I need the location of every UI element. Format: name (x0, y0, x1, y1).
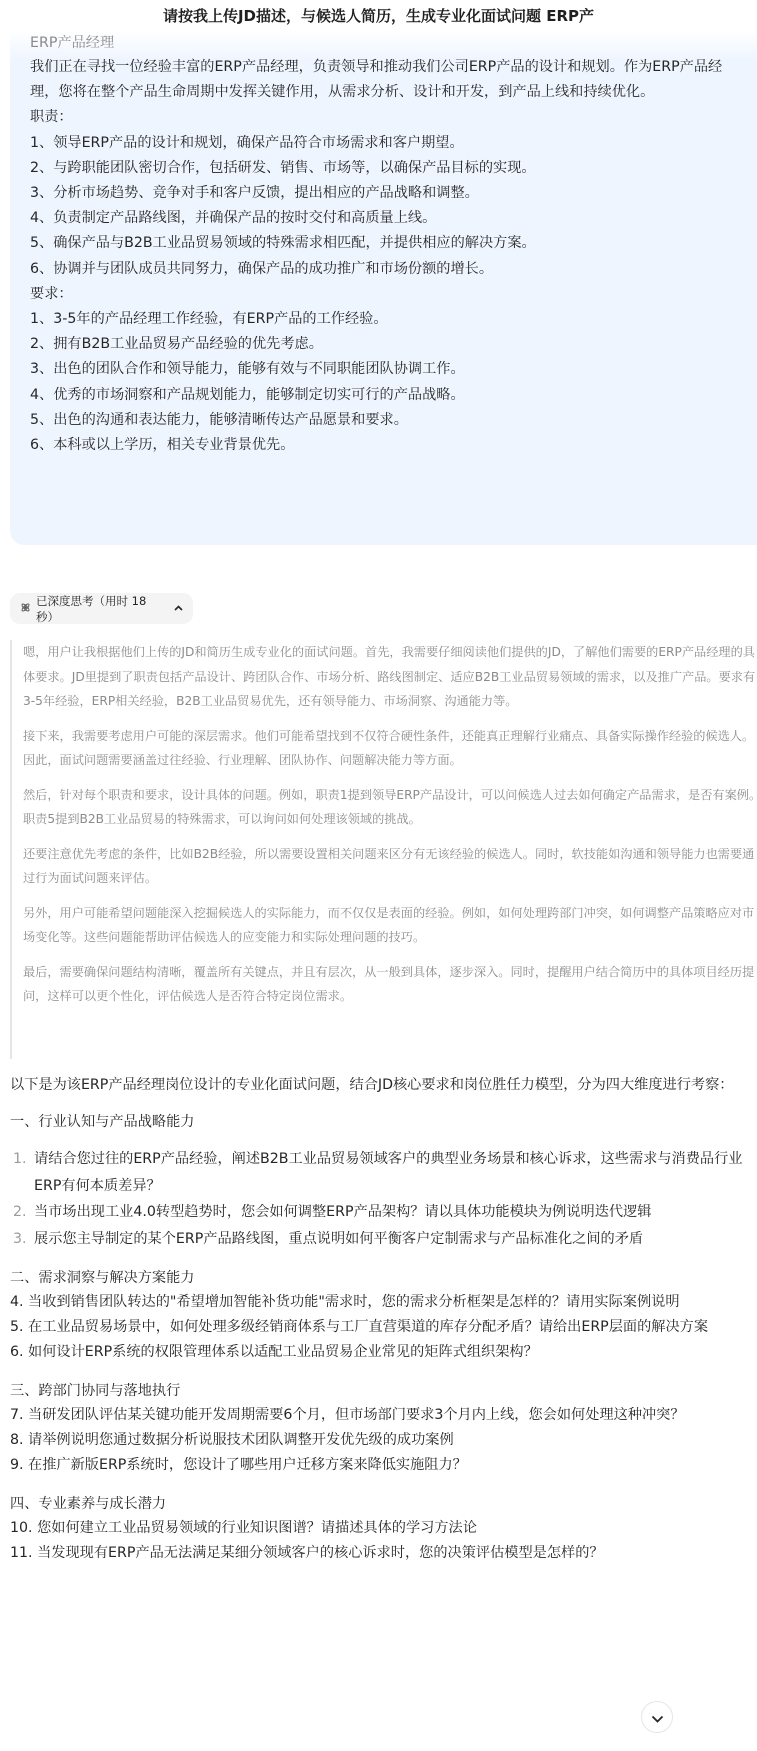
question-item: 4. 当收到销售团队转达的"希望增加智能补货功能"需求时，您的需求分析框架是怎样… (10, 1290, 748, 1315)
question-item: 10. 您如何建立工业品贸易领域的行业知识图谱？请描述具体的学习方法论 (10, 1516, 757, 1541)
question-item: 6. 如何设计ERP系统的权限管理体系以适配工业品贸易企业常见的矩阵式组织架构？ (10, 1340, 757, 1365)
question-list: 1. 请结合您过往的ERP产品经验，阐述B2B工业品贸易领域客户的典型业务场景和… (10, 1146, 757, 1252)
user-message-line: ERP产品经理 (30, 32, 757, 55)
answer-intro: 以下是为该ERP产品经理岗位设计的专业化面试问题，结合JD核心要求和岗位胜任力模… (10, 1072, 745, 1098)
user-message-line: 2、拥有B2B工业品贸易产品经验的优先考虑。 (30, 332, 757, 357)
user-message-line: 1、3-5年的产品经理工作经验，有ERP产品的工作经验。 (30, 307, 757, 332)
section-heading: 二、需求洞察与解决方案能力 (10, 1266, 757, 1290)
question-item: 11. 当发现现有ERP产品无法满足某细分领域客户的核心诉求时，您的决策评估模型… (10, 1541, 757, 1566)
user-message-line: 2、与跨职能团队密切合作，包括研发、销售、市场等，以确保产品目标的实现。 (30, 156, 757, 181)
user-message-bubble: ERP产品经理 我们正在寻找一位经验丰富的ERP产品经理，负责领导和推动我们公司… (10, 30, 757, 545)
question-item: 7. 当研发团队评估某关键功能开发周期需要6个月，但市场部门要求3个月内上线，您… (10, 1403, 748, 1428)
section-heading: 一、行业认知与产品战略能力 (10, 1110, 757, 1134)
user-message-line: 1、领导ERP产品的设计和规划，确保产品符合市场需求和客户期望。 (30, 131, 757, 156)
question-text: 展示您主导制定的某个ERP产品路线图，重点说明如何平衡客户定制需求与产品标准化之… (34, 1226, 746, 1253)
thinking-paragraph: 嗯，用户让我根据他们上传的JD和简历生成专业化的面试问题。首先，我需要仔细阅读他… (23, 640, 757, 714)
thinking-paragraph: 接下来，我需要考虑用户可能的深层需求。他们可能希望找到不仅符合硬性条件，还能真正… (23, 724, 757, 773)
question-text: 请结合您过往的ERP产品经验，阐述B2B工业品贸易领域客户的典型业务场景和核心诉… (34, 1146, 746, 1199)
user-message-line: 要求： (30, 282, 757, 307)
deep-think-toggle-button[interactable]: 已深度思考（用时 18 秒） (10, 593, 193, 624)
conversation-title: 请按我上传JD描述，与候选人简历，生成专业化面试问题 ERP产 (0, 4, 757, 28)
user-message-line: 4、负责制定产品路线图，并确保产品的按时交付和高质量上线。 (30, 206, 757, 231)
question-text: 当市场出现工业4.0转型趋势时，您会如何调整ERP产品架构？请以具体功能模块为例… (34, 1199, 746, 1226)
question-number: 2. (10, 1199, 34, 1226)
question-item: 8. 请举例说明您通过数据分析说服技术团队调整开发优先级的成功案例 (10, 1428, 757, 1453)
user-message-line: 职责： (30, 105, 757, 130)
user-message-line: 6、本科或以上学历，相关专业背景优先。 (30, 433, 757, 458)
question-item: 2. 当市场出现工业4.0转型趋势时，您会如何调整ERP产品架构？请以具体功能模… (10, 1199, 757, 1226)
section-heading: 四、专业素养与成长潜力 (10, 1492, 757, 1516)
chevron-up-icon (174, 603, 183, 614)
user-message-line: 3、分析市场趋势、竞争对手和客户反馈，提出相应的产品战略和调整。 (30, 181, 757, 206)
thinking-paragraph: 另外，用户可能希望问题能深入挖掘候选人的实际能力，而不仅仅是表面的经验。例如，如… (23, 901, 757, 950)
atom-icon (20, 602, 31, 616)
question-number: 1. (10, 1146, 34, 1199)
section-heading: 三、跨部门协同与落地执行 (10, 1379, 757, 1403)
assistant-answer: 以下是为该ERP产品经理岗位设计的专业化面试问题，结合JD核心要求和岗位胜任力模… (10, 1072, 757, 1566)
thinking-paragraph: 最后，需要确保问题结构清晰，覆盖所有关键点，并且有层次，从一般到具体，逐步深入。… (23, 960, 757, 1009)
user-message-line: 4、优秀的市场洞察和产品规划能力，能够制定切实可行的产品战略。 (30, 383, 757, 408)
question-item: 9. 在推广新版ERP系统时，您设计了哪些用户迁移方案来降低实施阻力？ (10, 1453, 757, 1478)
thinking-paragraph: 然后，针对每个职责和要求，设计具体的问题。例如，职责1提到领导ERP产品设计，可… (23, 783, 757, 832)
deep-think-label: 已深度思考（用时 18 秒） (36, 593, 161, 625)
question-item: 1. 请结合您过往的ERP产品经验，阐述B2B工业品贸易领域客户的典型业务场景和… (10, 1146, 757, 1199)
question-number: 3. (10, 1226, 34, 1253)
chevron-down-icon (651, 1708, 664, 1727)
user-message-line: 6、协调并与团队成员共同努力，确保产品的成功推广和市场份额的增长。 (30, 257, 757, 282)
user-message-line: 5、确保产品与B2B工业品贸易领域的特殊需求相匹配，并提供相应的解决方案。 (30, 231, 757, 256)
user-message-line: 3、出色的团队合作和领导能力，能够有效与不同职能团队协调工作。 (30, 357, 757, 382)
user-message-line: 5、出色的沟通和表达能力，能够清晰传达产品愿景和要求。 (30, 408, 757, 433)
question-item: 3. 展示您主导制定的某个ERP产品路线图，重点说明如何平衡客户定制需求与产品标… (10, 1226, 757, 1253)
thinking-paragraph: 还要注意优先考虑的条件，比如B2B经验，所以需要设置相关问题来区分有无该经验的候… (23, 842, 757, 891)
question-item: 5. 在工业品贸易场景中，如何处理多级经销商体系与工厂直营渠道的库存分配矛盾？请… (10, 1315, 748, 1340)
user-message-line: 我们正在寻找一位经验丰富的ERP产品经理，负责领导和推动我们公司ERP产品的设计… (30, 55, 750, 105)
deep-think-content: 嗯，用户让我根据他们上传的JD和简历生成专业化的面试问题。首先，我需要仔细阅读他… (10, 640, 757, 1059)
scroll-to-bottom-button[interactable] (641, 1701, 673, 1733)
